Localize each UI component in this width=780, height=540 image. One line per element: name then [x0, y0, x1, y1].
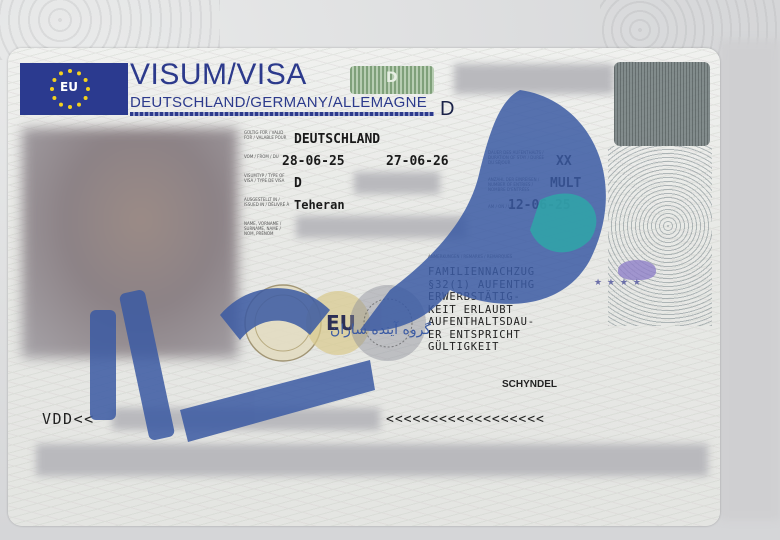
- security-pattern: [608, 146, 712, 326]
- eu-flag: EU: [20, 63, 128, 115]
- label-entries: ANZAHL DER EINREISEN / NUMBER OF ENTRIES…: [488, 177, 548, 192]
- label-valid-for: GÜLTIG FÜR / VALID FOR / VALABLE POUR: [244, 130, 292, 140]
- field-issue-date: 12-06-25: [508, 198, 571, 213]
- security-hologram: [614, 62, 710, 146]
- field-until: 27-06-26: [386, 154, 449, 169]
- mrz-line1-end: <<<<<<<<<<<<<<<<<<: [386, 412, 545, 427]
- field-from: 28-06-25: [282, 154, 345, 169]
- remarks-line: AUFENTHALTSDAU-: [428, 316, 535, 329]
- remarks-line: GÜLTIGKEIT: [428, 341, 535, 354]
- redacted-top-right: [720, 40, 780, 520]
- field-entries: MULT: [550, 176, 581, 191]
- hologram-d: D: [350, 66, 434, 94]
- label-name: NAME, VORNAME / SURNAME, NAME / NOM, PRÉ…: [244, 221, 292, 236]
- visa-title: VISUM/VISA: [130, 58, 307, 92]
- redacted-name: [296, 216, 466, 238]
- watermark-tagline: گروه آینده سازان: [330, 322, 431, 338]
- label-duration: DAUER DES AUFENTHALTS / DURATION OF STAY…: [488, 150, 548, 165]
- field-valid-for: DEUTSCHLAND: [294, 132, 380, 147]
- eu-label: EU: [60, 80, 78, 94]
- redacted-passport-number: [354, 172, 440, 194]
- remarks-line: §32(1) AUFENTHG: [428, 279, 535, 292]
- field-duration: XX: [556, 154, 572, 169]
- stars-decoration: ★ ★ ★ ★: [594, 278, 642, 288]
- redacted-header-strip: [454, 64, 614, 94]
- holder-photo-redacted: [22, 128, 238, 358]
- field-labels: GÜLTIG FÜR / VALID FOR / VALABLE POUR VO…: [244, 130, 292, 250]
- label-type: VISUMTYP / TYPE OF VISA / TYPE DE VISA: [244, 173, 292, 183]
- microprint-line: [130, 112, 434, 116]
- label-remarks: ANMERKUNGEN / REMARKS / REMARQUES: [428, 254, 512, 259]
- eagle-emblem-icon: [618, 260, 656, 280]
- visa-country: DEUTSCHLAND/GERMANY/ALLEMAGNE: [130, 94, 427, 111]
- label-issued-in: AUSGESTELLT IN / ISSUED IN / DÉLIVRÉ À: [244, 197, 292, 207]
- visa-category: D: [440, 98, 454, 121]
- remarks-line: ER ENTSPRICHT: [428, 329, 535, 342]
- visa-sticker: EU VISUM/VISA DEUTSCHLAND/GERMANY/ALLEMA…: [8, 48, 720, 526]
- field-type: D: [294, 176, 302, 191]
- remarks-line: ERWERBSTÄTIG-: [428, 291, 535, 304]
- mrz-line1-start: VDD<<: [42, 410, 95, 428]
- signature: SCHYNDEL: [502, 379, 557, 390]
- redacted-mrz-line2: [36, 444, 708, 476]
- remarks-line: FAMILIENNACHZUG: [428, 266, 535, 279]
- field-issued-in: Teheran: [294, 198, 345, 212]
- remarks-line: KEIT ERLAUBT: [428, 304, 535, 317]
- hologram-letter: D: [386, 70, 398, 86]
- remarks-block: FAMILIENNACHZUG §32(1) AUFENTHG ERWERBST…: [428, 266, 535, 354]
- redacted-mrz-name: [112, 408, 380, 430]
